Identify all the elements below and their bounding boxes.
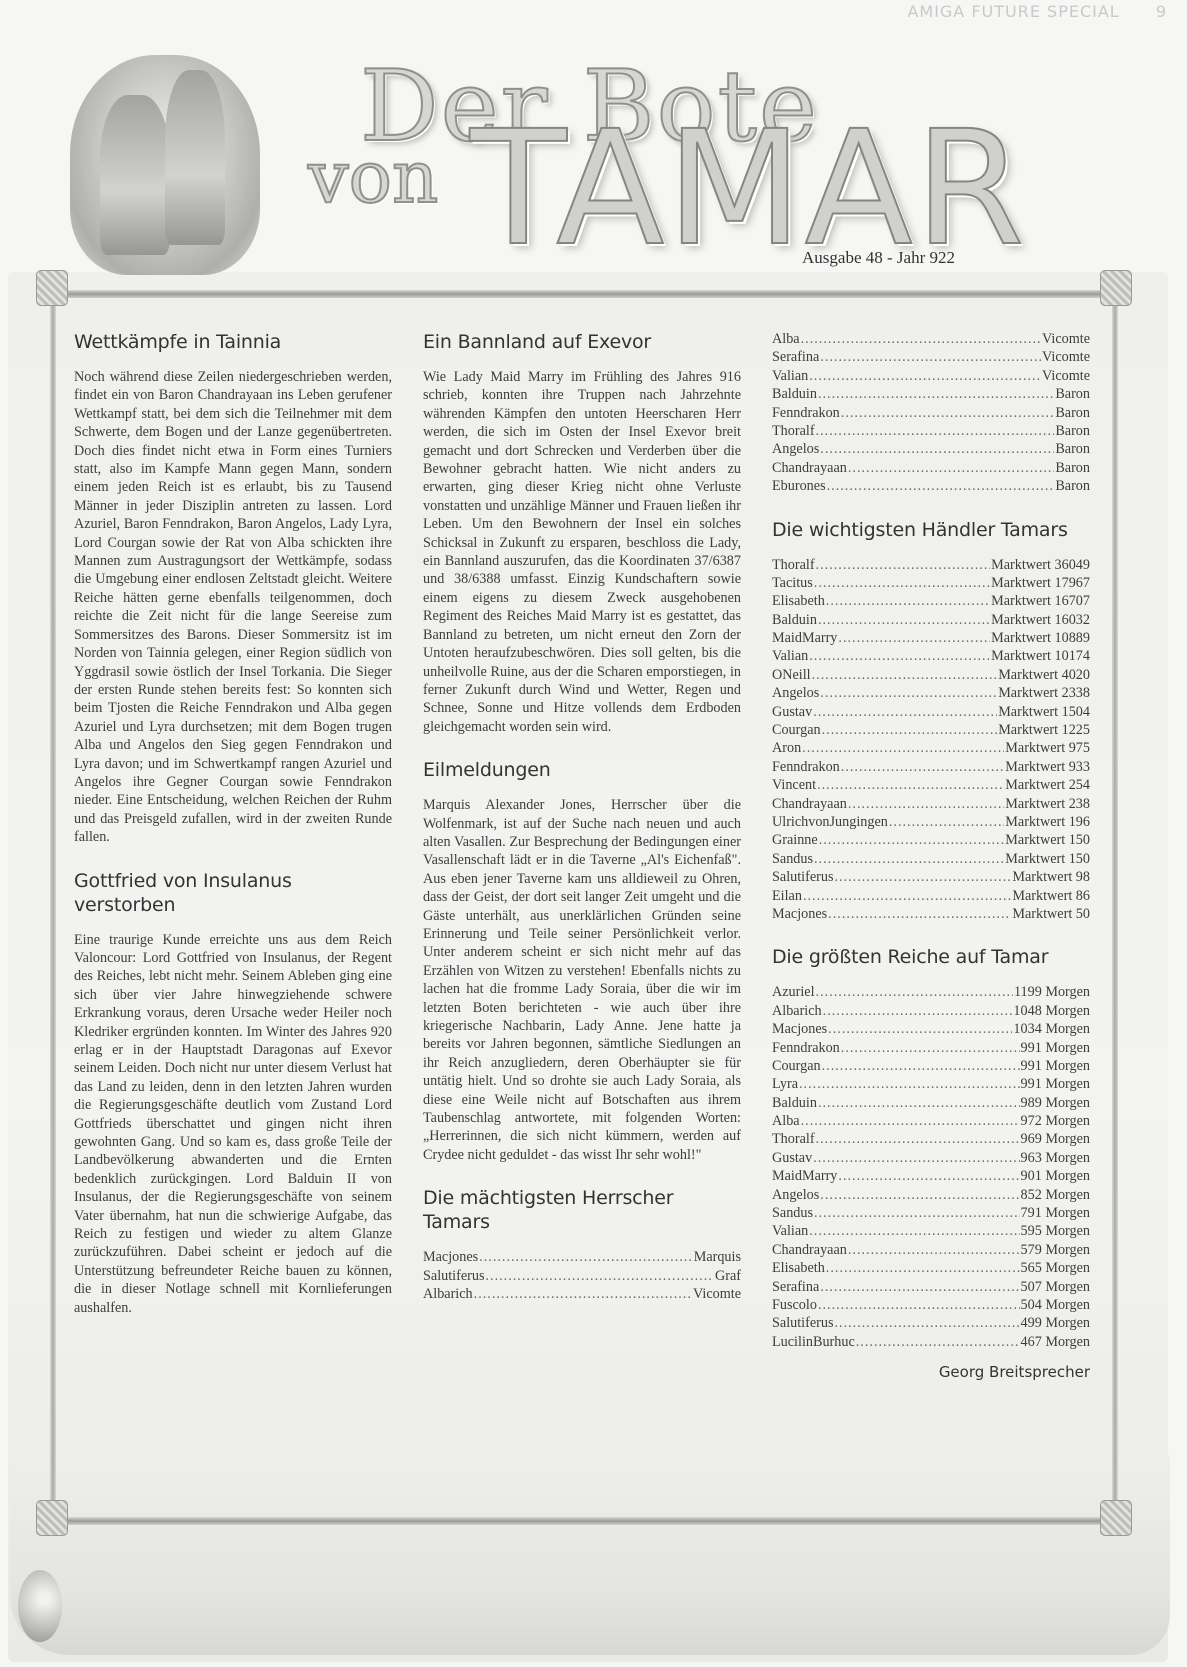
list-item: EilanMarktwert 86 bbox=[772, 887, 1090, 905]
list-item: Albarich1048 Morgen bbox=[772, 1002, 1090, 1020]
list-item: MacjonesMarquis bbox=[423, 1248, 741, 1266]
list-item: ThoralfMarktwert 36049 bbox=[772, 556, 1090, 574]
masthead-title-von: von bbox=[308, 135, 438, 219]
list-item: UlrichvonJungingenMarktwert 196 bbox=[772, 813, 1090, 831]
list-item: AngelosBaron bbox=[772, 440, 1090, 458]
list-item: SalutiferusGraf bbox=[423, 1267, 741, 1285]
list-item: Fuscolo504 Morgen bbox=[772, 1296, 1090, 1314]
list-item: SerafinaVicomte bbox=[772, 348, 1090, 366]
list-item: SalutiferusMarktwert 98 bbox=[772, 868, 1090, 886]
list-item: BalduinBaron bbox=[772, 385, 1090, 403]
article-eilmeldungen: Eilmeldungen Marquis Alexander Jones, He… bbox=[423, 758, 741, 1164]
list-item: FenndrakonMarktwert 933 bbox=[772, 758, 1090, 776]
list-item: SandusMarktwert 150 bbox=[772, 850, 1090, 868]
masthead-title-tamar: TAMAR bbox=[470, 110, 1027, 268]
magazine-name: AMIGA FUTURE SPECIAL bbox=[907, 2, 1119, 21]
list-item: AronMarktwert 975 bbox=[772, 739, 1090, 757]
article-title: Eilmeldungen bbox=[423, 758, 741, 782]
article-title: Wettkämpfe in Tainnia bbox=[74, 330, 392, 354]
article-body: Marquis Alexander Jones, Herrscher über … bbox=[423, 796, 741, 1164]
scroll-knob-icon bbox=[1100, 1500, 1132, 1536]
list-item: AlbaVicomte bbox=[772, 330, 1090, 348]
article-body: Wie Lady Maid Marry im Frühling des Jahr… bbox=[423, 368, 741, 736]
page-number: 9 bbox=[1156, 2, 1167, 21]
list-item: ONeillMarktwert 4020 bbox=[772, 666, 1090, 684]
list-item: EburonesBaron bbox=[772, 477, 1090, 495]
page-header: AMIGA FUTURE SPECIAL 9 bbox=[907, 2, 1167, 21]
article-wettkaempfe: Wettkämpfe in Tainnia Noch während diese… bbox=[74, 330, 392, 847]
issue-info: Ausgabe 48 - Jahr 922 bbox=[802, 248, 955, 268]
list-item: Thoralf969 Morgen bbox=[772, 1130, 1090, 1148]
scroll-knob-icon bbox=[36, 1500, 68, 1536]
list-item: ChandrayaanMarktwert 238 bbox=[772, 795, 1090, 813]
article-gottfried: Gottfried von Insulanus verstorben Eine … bbox=[74, 869, 392, 1318]
list-item: BalduinMarktwert 16032 bbox=[772, 611, 1090, 629]
list-item: GustavMarktwert 1504 bbox=[772, 703, 1090, 721]
list-item: AngelosMarktwert 2338 bbox=[772, 684, 1090, 702]
scroll-knob-icon bbox=[1100, 270, 1132, 306]
list-item: Valian595 Morgen bbox=[772, 1222, 1090, 1240]
list-item: Azuriel1199 Morgen bbox=[772, 983, 1090, 1001]
article-body: Eine traurige Kunde erreichte uns aus de… bbox=[74, 931, 392, 1318]
list-item: ChandrayaanBaron bbox=[772, 459, 1090, 477]
scroll-rod-left bbox=[50, 296, 56, 1521]
traders-title: Die wichtigsten Händler Tamars bbox=[772, 518, 1090, 542]
list-item: GrainneMarktwert 150 bbox=[772, 831, 1090, 849]
list-item: MaidMarry901 Morgen bbox=[772, 1167, 1090, 1185]
scroll-bottom-roll bbox=[10, 1455, 1170, 1655]
list-item: VincentMarktwert 254 bbox=[772, 776, 1090, 794]
column-left: Wettkämpfe in Tainnia Noch während diese… bbox=[74, 330, 392, 1317]
list-item: ThoralfBaron bbox=[772, 422, 1090, 440]
list-item: TacitusMarktwert 17967 bbox=[772, 574, 1090, 592]
list-item: Macjones1034 Morgen bbox=[772, 1020, 1090, 1038]
list-item: Lyra991 Morgen bbox=[772, 1075, 1090, 1093]
list-item: Elisabeth565 Morgen bbox=[772, 1259, 1090, 1277]
realms-title: Die größten Reiche auf Tamar bbox=[772, 945, 1090, 969]
scroll-rod-top bbox=[50, 290, 1120, 298]
scroll-rod-right bbox=[1112, 296, 1118, 1521]
article-title: Ein Bannland auf Exevor bbox=[423, 330, 741, 354]
column-right: AlbaVicomte SerafinaVicomte ValianVicomt… bbox=[772, 330, 1090, 1382]
realms-list-section: Die größten Reiche auf Tamar Azuriel1199… bbox=[772, 945, 1090, 1351]
article-title: Gottfried von Insulanus verstorben bbox=[74, 869, 392, 917]
list-item: Courgan991 Morgen bbox=[772, 1057, 1090, 1075]
list-item: FenndrakonBaron bbox=[772, 404, 1090, 422]
article-body: Noch während diese Zeilen niedergeschrie… bbox=[74, 368, 392, 847]
list-item: Gustav963 Morgen bbox=[772, 1149, 1090, 1167]
scroll-knob-icon bbox=[36, 270, 68, 306]
list-item: AlbarichVicomte bbox=[423, 1285, 741, 1303]
column-middle: Ein Bannland auf Exevor Wie Lady Maid Ma… bbox=[423, 330, 741, 1303]
traders-list: ThoralfMarktwert 36049 TacitusMarktwert … bbox=[772, 556, 1090, 924]
article-bannland: Ein Bannland auf Exevor Wie Lady Maid Ma… bbox=[423, 330, 741, 736]
list-item: Sandus791 Morgen bbox=[772, 1204, 1090, 1222]
rulers-list: MacjonesMarquis SalutiferusGraf Albarich… bbox=[423, 1248, 741, 1303]
list-item: Salutiferus499 Morgen bbox=[772, 1314, 1090, 1332]
scroll-rod-bottom bbox=[50, 1517, 1120, 1525]
rulers-list-continued: AlbaVicomte SerafinaVicomte ValianVicomt… bbox=[772, 330, 1090, 496]
list-item: Alba972 Morgen bbox=[772, 1112, 1090, 1130]
list-item: LucilinBurhuc467 Morgen bbox=[772, 1333, 1090, 1351]
list-item: ValianVicomte bbox=[772, 367, 1090, 385]
list-item: ElisabethMarktwert 16707 bbox=[772, 592, 1090, 610]
list-item: MacjonesMarktwert 50 bbox=[772, 905, 1090, 923]
list-item: ValianMarktwert 10174 bbox=[772, 647, 1090, 665]
list-item: Chandrayaan579 Morgen bbox=[772, 1241, 1090, 1259]
list-item: Angelos852 Morgen bbox=[772, 1186, 1090, 1204]
realms-list: Azuriel1199 Morgen Albarich1048 Morgen M… bbox=[772, 983, 1090, 1351]
traders-list-section: Die wichtigsten Händler Tamars ThoralfMa… bbox=[772, 518, 1090, 924]
list-item: MaidMarryMarktwert 10889 bbox=[772, 629, 1090, 647]
list-item: CourganMarktwert 1225 bbox=[772, 721, 1090, 739]
list-item: Balduin989 Morgen bbox=[772, 1094, 1090, 1112]
list-item: Fenndrakon991 Morgen bbox=[772, 1039, 1090, 1057]
scroll-curl bbox=[18, 1570, 62, 1642]
author-signature: Georg Breitsprecher bbox=[772, 1363, 1090, 1381]
rulers-title: Die mächtigsten Herrscher Tamars bbox=[423, 1186, 741, 1234]
rulers-list-section: Die mächtigsten Herrscher Tamars Macjone… bbox=[423, 1186, 741, 1303]
list-item: Serafina507 Morgen bbox=[772, 1278, 1090, 1296]
scribes-illustration bbox=[70, 55, 260, 275]
